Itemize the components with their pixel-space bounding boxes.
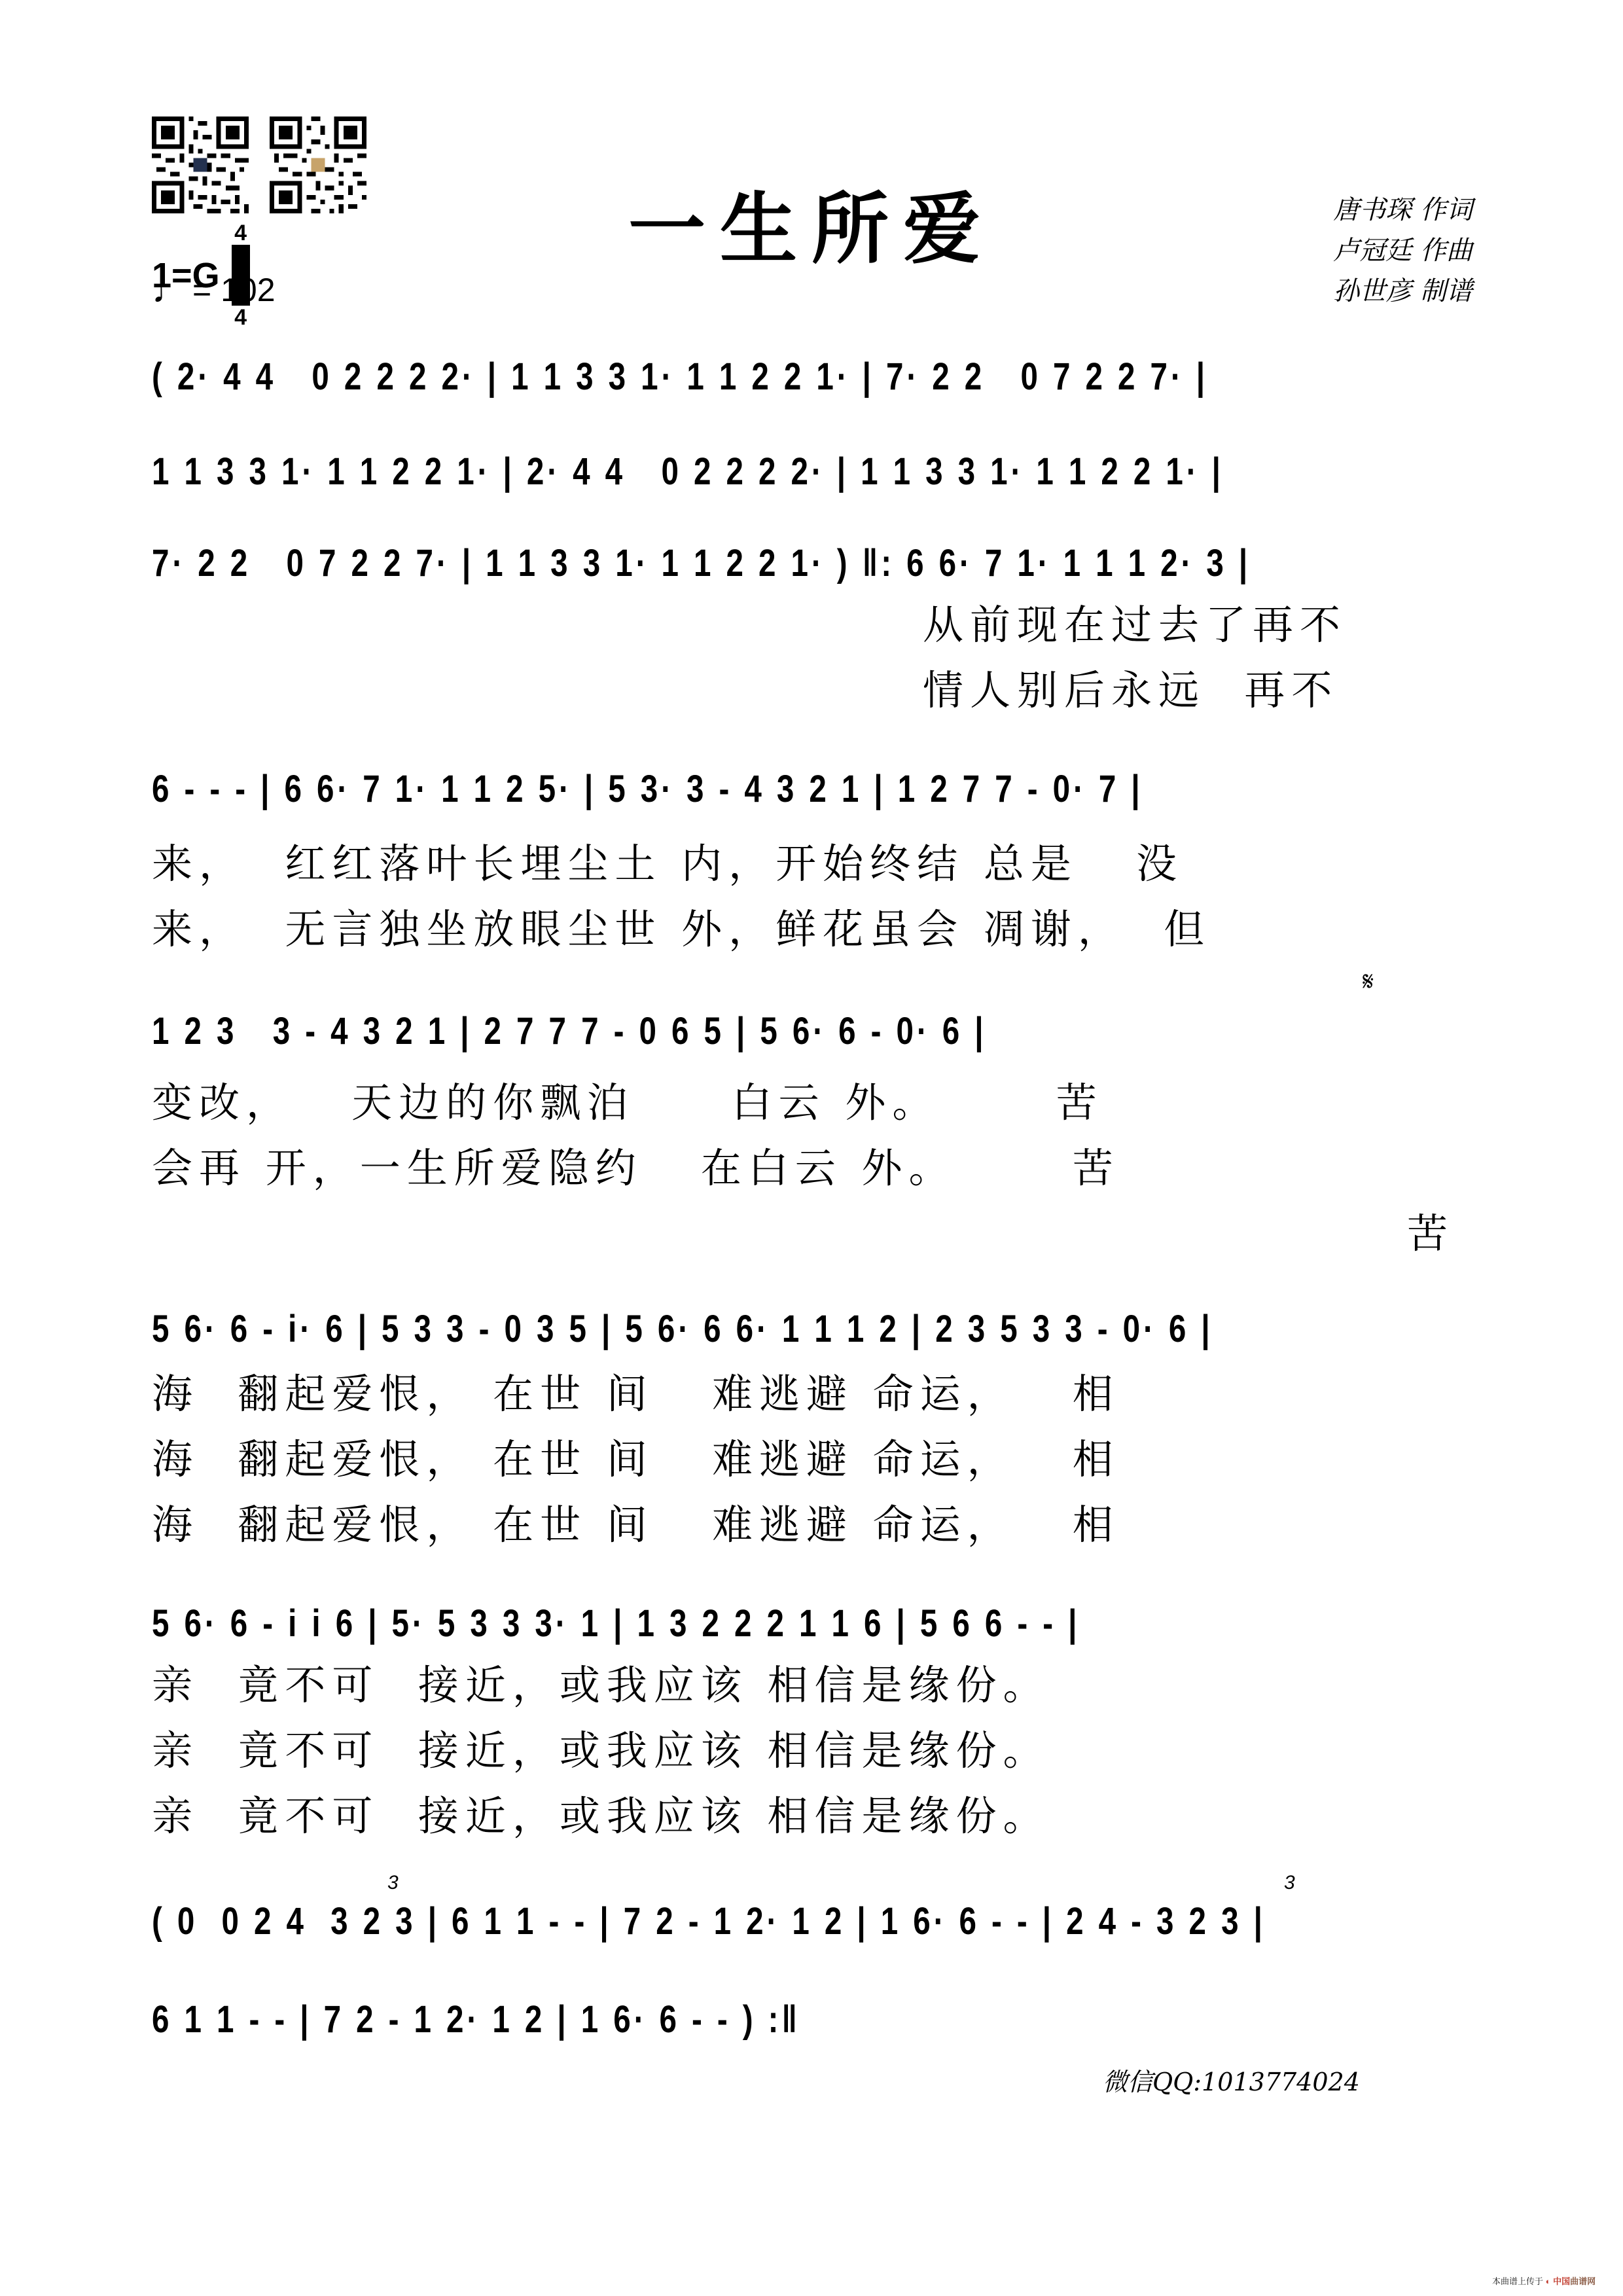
lyric-line: 来， 红红落叶长埋尘土 内，开始终结 总是 没 bbox=[152, 831, 1472, 889]
composer-credit: 卢冠廷 作曲 bbox=[1333, 230, 1472, 271]
contact-watermark: 微信QQ:1013774024 bbox=[1103, 2062, 1360, 2098]
time-signature-top: 4 bbox=[234, 223, 247, 243]
site-brand-b: 曲谱网 bbox=[1570, 2276, 1596, 2286]
lyric-line: 变改， 天边的你飘泊 白云 外。 苦 bbox=[152, 1070, 1472, 1128]
lyric-line: 海 翻起爱恨， 在世 间 难逃避 命运， 相 bbox=[152, 1361, 1472, 1420]
lyric-line: 亲 竟不可 接近，或我应该 相信是缘份。 bbox=[152, 1653, 1472, 1711]
notation-line: 1 2 3 3 - 4 3 2 1 | 2 7 7 7 - 0 6 5 | 5 … bbox=[152, 1009, 986, 1053]
notation-line: ( 2· 4 4 0 2 2 2 2· | 1 1 3 3 1· 1 1 2 2… bbox=[152, 355, 1208, 399]
tempo-value: = 102 bbox=[192, 271, 276, 309]
notation-line: 5 6· 6 - i i 6 | 5· 5 3 3 3· 1 | 1 3 2 2… bbox=[152, 1602, 1080, 1645]
score-system-2: 1 1 3 3 1· 1 1 2 2 1· | 2· 4 4 0 2 2 2 2… bbox=[152, 435, 1472, 507]
score-system-7: 5 6· 6 - i i 6 | 5· 5 3 3 3· 1 | 1 3 2 2… bbox=[152, 1587, 1472, 1659]
credits-block: 唐书琛 作词 卢冠廷 作曲 孙世彦 制谱 bbox=[1333, 190, 1472, 312]
lyric-line: 亲 竟不可 接近，或我应该 相信是缘份。 bbox=[152, 1718, 1472, 1776]
notation-line: 1 1 3 3 1· 1 1 2 2 1· | 2· 4 4 0 2 2 2 2… bbox=[152, 450, 1224, 493]
notation-line: 5 6· 6 - i· 6 | 5 3 3 - 0 3 5 | 5 6· 6 6… bbox=[152, 1307, 1213, 1351]
score-system-9: 6 1 1 - - | 7 2 - 1 2· 1 2 | 1 6· 6 - - … bbox=[152, 1983, 1472, 2055]
notation-line: 6 1 1 - - | 7 2 - 1 2· 1 2 | 1 6· 6 - - … bbox=[152, 1998, 800, 2041]
notation-line: 7· 2 2 0 7 2 2 7· | 1 1 3 3 1· 1 1 2 2 1… bbox=[152, 541, 1251, 585]
lyric-line: 亲 竟不可 接近，或我应该 相信是缘份。 bbox=[152, 1784, 1472, 1842]
score-system-3: 7· 2 2 0 7 2 2 7· | 1 1 3 3 1· 1 1 2 2 1… bbox=[152, 527, 1472, 599]
lyric-line: 苦 bbox=[1407, 1201, 1472, 1259]
score-system-8: 3 3 ( 0 0 2 4 3 2 3 | 6 1 1 - - | 7 2 - … bbox=[152, 1885, 1472, 1957]
lyric-line: 来， 无言独坐放眼尘世 外，鲜花虽会 凋谢， 但 bbox=[152, 897, 1472, 955]
notation-line: 6 - - - | 6 6· 7 1· 1 1 2 5· | 5 3· 3 - … bbox=[152, 767, 1143, 811]
lyric-line: 情人别后永远 再不 bbox=[923, 658, 1472, 716]
tempo-marking: ♩ = 102 bbox=[152, 268, 276, 311]
lyric-line: 从前现在过去了再不 bbox=[923, 592, 1472, 651]
score-system-1: ( 2· 4 4 0 2 2 2 2· | 1 1 3 3 1· 1 1 2 2… bbox=[152, 340, 1472, 412]
lyric-line: 会再 开，一生所爱隐约 在白云 外。 苦 bbox=[152, 1136, 1472, 1194]
site-brand-a: 中国 bbox=[1553, 2276, 1570, 2286]
score-system-4: 6 - - - | 6 6· 7 1· 1 1 2 5· | 5 3· 3 - … bbox=[152, 753, 1472, 825]
lyric-line: 海 翻起爱恨， 在世 间 难逃避 命运， 相 bbox=[152, 1427, 1472, 1485]
segno-icon: 𝄋 bbox=[1363, 967, 1374, 997]
site-logo-icon: ◐ bbox=[1546, 2276, 1551, 2286]
transcriber-credit: 孙世彦 制谱 bbox=[1333, 271, 1472, 312]
upload-text: 本曲谱上传于 bbox=[1492, 2276, 1543, 2286]
lyricist-credit: 唐书琛 作词 bbox=[1333, 190, 1472, 230]
upload-credit: 本曲谱上传于 ◐ 中国曲谱网 bbox=[1492, 2274, 1596, 2287]
lyric-line: 海 翻起爱恨， 在世 间 难逃避 命运， 相 bbox=[152, 1492, 1472, 1551]
notation-line: ( 0 0 2 4 3 2 3 | 6 1 1 - - | 7 2 - 1 2·… bbox=[152, 1899, 1266, 1943]
score-system-6: 5 6· 6 - i· 6 | 5 3 3 - 0 3 5 | 5 6· 6 6… bbox=[152, 1293, 1472, 1365]
quarter-note-icon: ♩ bbox=[152, 268, 188, 311]
score-system-5: 𝄋 1 2 3 3 - 4 3 2 1 | 2 7 7 7 - 0 6 5 | … bbox=[152, 995, 1472, 1067]
